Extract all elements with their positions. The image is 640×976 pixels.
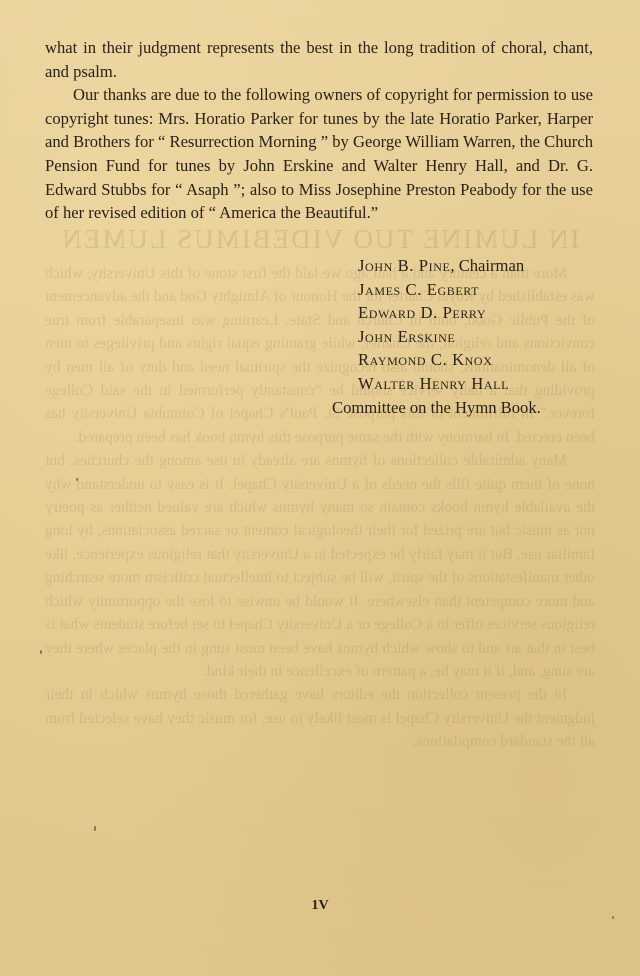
member-name: Edward D. Perry (358, 303, 486, 322)
signature-member: Edward D. Perry (332, 301, 602, 325)
paper-speck (612, 916, 614, 919)
paper-speck (40, 650, 42, 654)
bleed-through-title: IN LUMINE TUO VIDEBIMUS LUMEN (45, 222, 595, 256)
paper-speck (94, 826, 96, 831)
book-page: IN LUMINE TUO VIDEBIMUS LUMEN More than … (0, 0, 640, 976)
member-name: John Erskine (358, 327, 455, 346)
member-name: James C. Egbert (358, 280, 479, 299)
member-name: Walter Henry Hall (358, 374, 509, 393)
signature-member: John B. Pine, Chairman (332, 254, 602, 278)
committee-name: Committee on the Hymn Book. (332, 396, 602, 420)
member-name: John B. Pine (358, 256, 450, 275)
committee-signature-block: John B. Pine, Chairman James C. Egbert E… (332, 254, 602, 419)
paragraph-acknowledgments: Our thanks are due to the following owne… (45, 83, 593, 225)
page-number: 1V (0, 898, 640, 914)
signature-member: Walter Henry Hall (332, 372, 602, 396)
signature-member: Raymond C. Knox (332, 348, 602, 372)
signature-member: John Erskine (332, 325, 602, 349)
paper-speck (76, 478, 78, 481)
member-role: , Chairman (450, 256, 524, 275)
body-text: what in their judgment represents the be… (45, 36, 593, 225)
signature-member: James C. Egbert (332, 278, 602, 302)
bleed-through-paragraph: Many admirable collections of hymns are … (45, 449, 595, 683)
paragraph-continuation: what in their judgment represents the be… (45, 36, 593, 83)
member-name: Raymond C. Knox (358, 350, 492, 369)
bleed-through-paragraph: In the present collection the editors ha… (45, 683, 595, 753)
